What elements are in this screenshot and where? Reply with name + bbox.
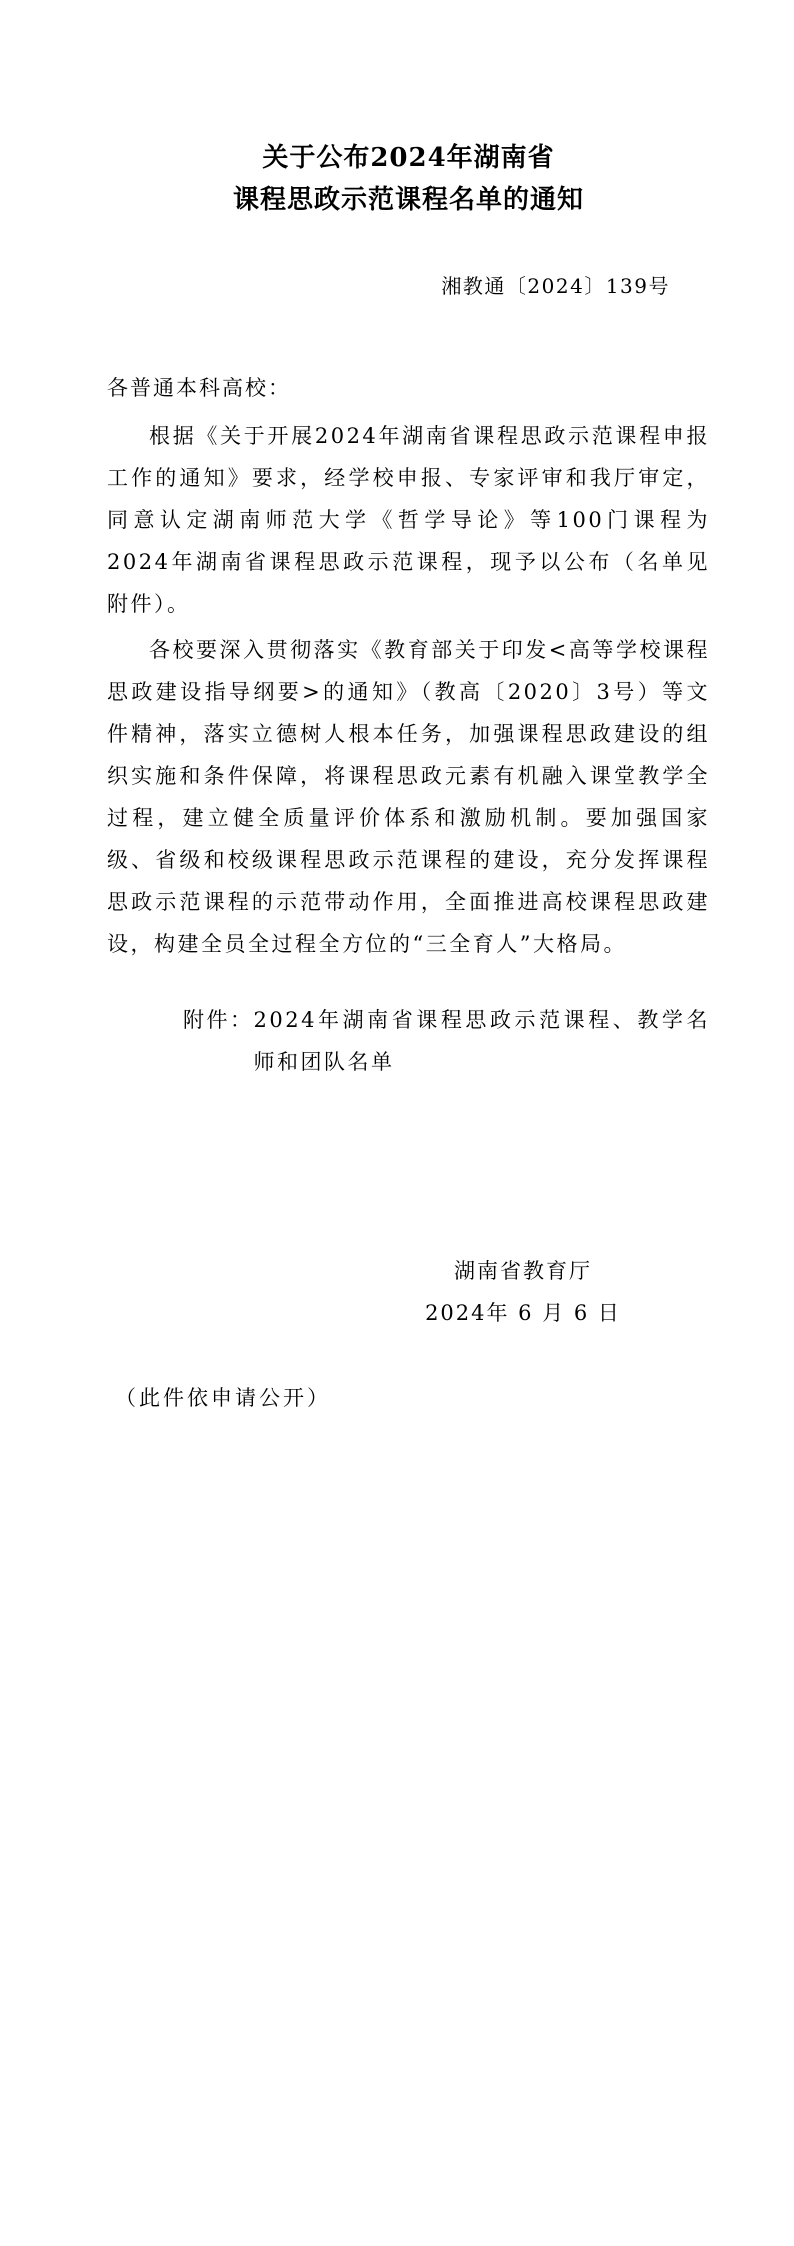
attachment-line: 附件： 2024年湖南省课程思政示范课程、教学名师和团队名单 [183, 999, 710, 1083]
signature-block: 湖南省教育厅 2024年 6 月 6 日 [393, 1250, 653, 1334]
attachment-text: 2024年湖南省课程思政示范课程、教学名师和团队名单 [254, 999, 711, 1083]
document-title-line1: 关于公布2024年湖南省 [262, 143, 554, 173]
body-paragraph-2: 各校要深入贯彻落实《教育部关于印发<高等学校课程思政建设指导纲要>的通知》（教高… [107, 629, 710, 965]
footer-note: （此件依申请公开） [115, 1377, 710, 1419]
document-title-line2: 课程思政示范课程名单的通知 [233, 185, 584, 215]
document-page: 关于公布2024年湖南省 课程思政示范课程名单的通知 湘教通〔2024〕139号… [0, 0, 794, 2246]
signature-issuer: 湖南省教育厅 [393, 1250, 653, 1292]
attachment-label: 附件： [183, 999, 254, 1083]
salutation: 各普通本科高校： [107, 367, 710, 409]
document-title: 关于公布2024年湖南省 课程思政示范课程名单的通知 [107, 137, 710, 221]
signature-date: 2024年 6 月 6 日 [393, 1292, 653, 1334]
document-number: 湘教通〔2024〕139号 [107, 265, 710, 307]
body-paragraph-1: 根据《关于开展2024年湖南省课程思政示范课程申报工作的通知》要求，经学校申报、… [107, 415, 710, 625]
